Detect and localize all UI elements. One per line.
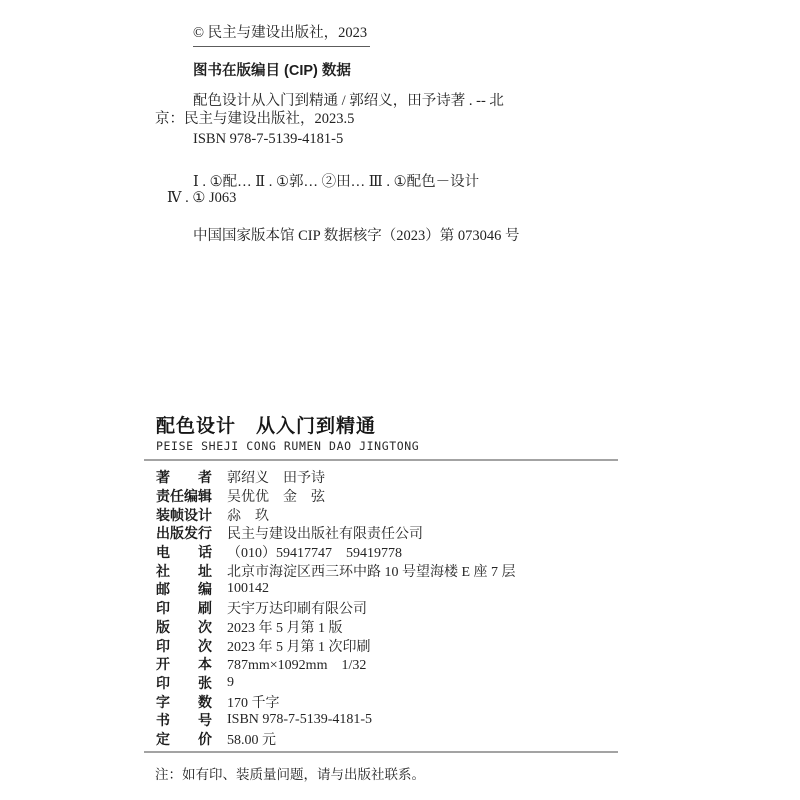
colophon-row-publisher: 出版发行 民主与建设出版社有限责任公司 bbox=[156, 524, 618, 543]
row-label: 责任编辑 bbox=[156, 486, 214, 506]
row-label: 版 次 bbox=[156, 617, 214, 637]
colophon-row-price: 定 价 58.00 元 bbox=[156, 730, 618, 749]
divider-bottom bbox=[144, 751, 618, 753]
row-value: 58.00 元 bbox=[227, 729, 276, 749]
colophon-row-address: 社 址 北京市海淀区西三环中路 10 号望海楼 E 座 7 层 bbox=[156, 561, 618, 580]
row-label: 印 张 bbox=[156, 673, 214, 693]
row-label: 开 本 bbox=[156, 654, 214, 674]
row-value: 郭绍义 田予诗 bbox=[227, 467, 325, 487]
colophon-row-sheets: 印 张 9 bbox=[156, 674, 618, 693]
cip-record-number: 中国国家版本馆 CIP 数据核字（2023）第 073046 号 bbox=[193, 224, 520, 245]
row-label: 印 次 bbox=[156, 636, 214, 656]
colophon-row-printer: 印 刷 天宇万达印刷有限公司 bbox=[156, 599, 618, 618]
row-value: ISBN 978-7-5139-4181-5 bbox=[227, 712, 372, 728]
book-copyright-page: © 民主与建设出版社，2023 图书在版编目 (CIP) 数据 配色设计从入门到… bbox=[0, 0, 800, 800]
row-label: 定 价 bbox=[156, 729, 214, 749]
row-label: 装帧设计 bbox=[156, 505, 214, 525]
colophon-row-phone: 电 话 （010）59417747 59419778 bbox=[156, 543, 618, 562]
row-label: 著 者 bbox=[156, 467, 214, 487]
row-label: 字 数 bbox=[156, 692, 214, 712]
cip-heading: 图书在版编目 (CIP) 数据 bbox=[193, 59, 351, 80]
row-value: 吴优优 金 弦 bbox=[227, 486, 325, 506]
copyright-line: © 民主与建设出版社，2023 bbox=[193, 21, 370, 47]
row-label: 社 址 bbox=[156, 561, 214, 581]
row-label: 书 号 bbox=[156, 710, 214, 730]
classification-line2: Ⅳ . ① J063 bbox=[167, 190, 236, 207]
isbn-line: ISBN 978-7-5139-4181-5 bbox=[193, 131, 343, 148]
row-value: （010）59417747 59419778 bbox=[227, 542, 402, 562]
divider-top bbox=[144, 459, 618, 461]
colophon-row-author: 著 者 郭绍义 田予诗 bbox=[156, 468, 618, 487]
row-value: 北京市海淀区西三环中路 10 号望海楼 E 座 7 层 bbox=[227, 561, 516, 581]
row-value: 尛 玖 bbox=[227, 505, 269, 525]
row-label: 出版发行 bbox=[156, 523, 214, 543]
colophon-row-wordcount: 字 数 170 千字 bbox=[156, 692, 618, 711]
row-value: 民主与建设出版社有限责任公司 bbox=[227, 523, 423, 543]
row-value: 100142 bbox=[227, 581, 269, 597]
book-title: 配色设计 从入门到精通 bbox=[156, 411, 376, 438]
row-label: 电 话 bbox=[156, 542, 214, 562]
row-value: 2023 年 5 月第 1 次印刷 bbox=[227, 636, 371, 656]
row-label: 邮 编 bbox=[156, 579, 214, 599]
row-value: 2023 年 5 月第 1 版 bbox=[227, 617, 343, 637]
colophon-table: 著 者 郭绍义 田予诗 责任编辑 吴优优 金 弦 装帧设计 尛 玖 出版发行 民… bbox=[156, 468, 618, 748]
cip-description-line2: 京：民主与建设出版社，2023.5 bbox=[155, 107, 354, 128]
colophon-row-impression: 印 次 2023 年 5 月第 1 次印刷 bbox=[156, 636, 618, 655]
quality-note: 注：如有印、装质量问题，请与出版社联系。 bbox=[155, 763, 425, 783]
classification-line1: Ⅰ . ①配… Ⅱ . ①郭… ②田… Ⅲ . ①配色－设计 bbox=[193, 170, 479, 191]
colophon-row-editor: 责任编辑 吴优优 金 弦 bbox=[156, 487, 618, 506]
row-label: 印 刷 bbox=[156, 598, 214, 618]
colophon-row-postcode: 邮 编 100142 bbox=[156, 580, 618, 599]
row-value: 9 bbox=[227, 675, 234, 691]
row-value: 天宇万达印刷有限公司 bbox=[227, 598, 367, 618]
colophon-row-format: 开 本 787mm×1092mm 1/32 bbox=[156, 655, 618, 674]
row-value: 170 千字 bbox=[227, 692, 280, 712]
colophon-row-designer: 装帧设计 尛 玖 bbox=[156, 505, 618, 524]
row-value: 787mm×1092mm 1/32 bbox=[227, 654, 366, 674]
colophon-row-edition: 版 次 2023 年 5 月第 1 版 bbox=[156, 618, 618, 637]
book-title-pinyin: PEISE SHEJI CONG RUMEN DAO JINGTONG bbox=[156, 439, 419, 453]
colophon-row-isbn: 书 号 ISBN 978-7-5139-4181-5 bbox=[156, 711, 618, 730]
